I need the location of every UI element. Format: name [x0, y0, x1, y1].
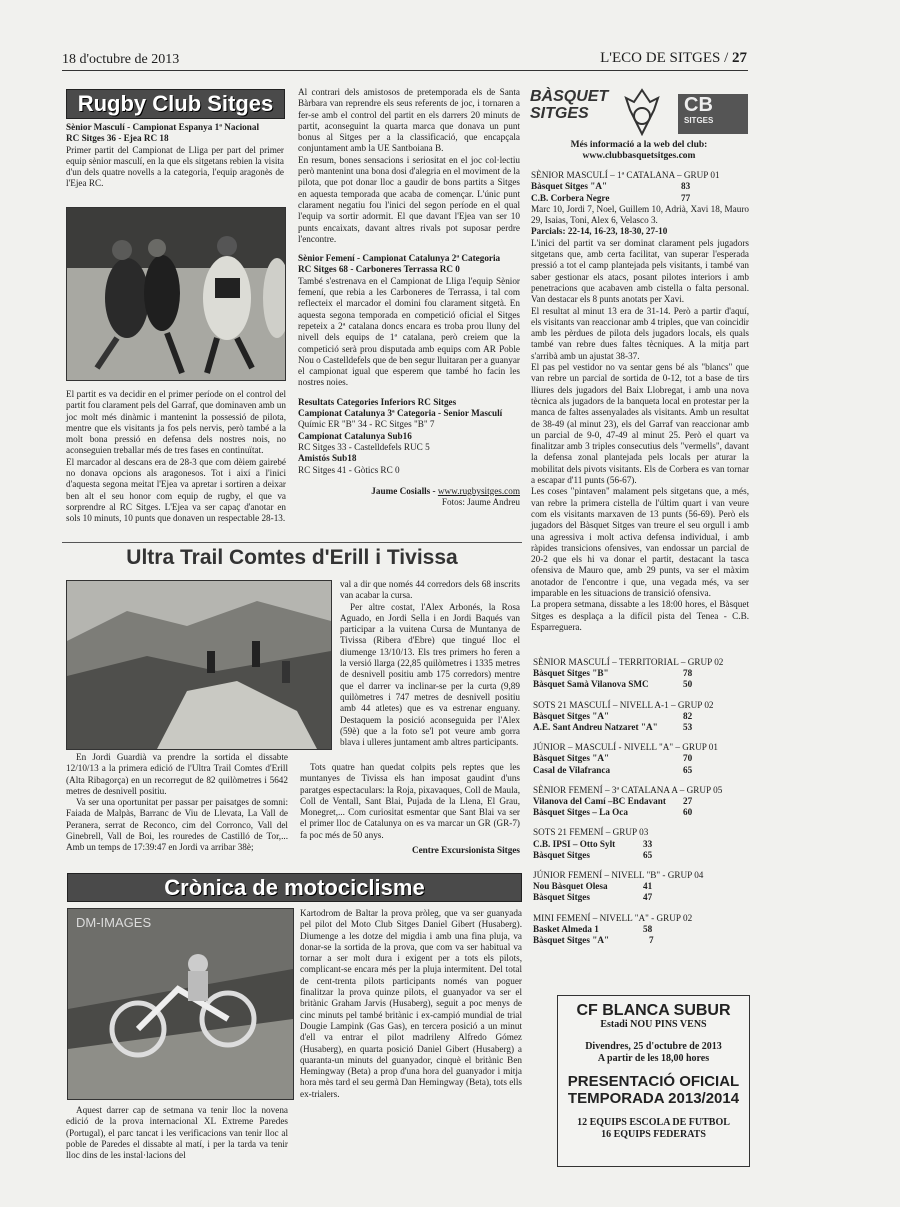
- trail-title: Ultra Trail Comtes d'Erill i Tivissa: [62, 546, 522, 570]
- ad-time: A partir de les 18,00 hores: [558, 1053, 749, 1065]
- team: Bàsquet Sitges "A": [533, 753, 683, 764]
- match1-intro: Primer partit del Campionat de Lliga per…: [66, 145, 284, 190]
- logo-text-1: BÀSQUET: [530, 88, 608, 105]
- result-head: SOTS 21 FEMENÍ – GRUP 03: [533, 827, 748, 838]
- result-block: MINI FEMENÍ – NIVELL "A" - GRUP 02 Baske…: [533, 913, 748, 947]
- basket-main-report: SÈNIOR MASCULÍ – 1ª CATALANA – GRUP 01 B…: [531, 170, 749, 633]
- basket-results: SÈNIOR MASCULÍ – TERRITORIAL – GRUP 02 B…: [533, 657, 748, 946]
- moto-col2: Kartodrom de Baltar la prova pròleg, que…: [300, 908, 522, 1100]
- inferiors-head: Resultats Categories Inferiors RC Sitges: [298, 397, 520, 408]
- moto-col1: Aquest darrer cap de setmana va tenir ll…: [66, 1105, 288, 1161]
- trail-p1: En Jordi Guardià va prendre la sortida e…: [66, 752, 288, 797]
- inf2-head: Campionat Catalunya Sub16: [298, 431, 520, 442]
- ad-teams-2: 16 EQUIPS FEDERATS: [558, 1129, 749, 1141]
- team: Vilanova del Camí –BC Endavant: [533, 796, 683, 807]
- team: C.B. IPSI – Otto Sylt: [533, 839, 643, 850]
- match1-p5: En resum, bones sensacions i seriositat …: [298, 155, 520, 245]
- points: 33: [643, 839, 673, 850]
- match1-p2: El partit es va decidir en el primer per…: [66, 389, 286, 457]
- logo-text-2: SITGES: [530, 105, 608, 122]
- rugby-banner: Rugby Club Sitges: [66, 89, 285, 119]
- rugby-intro: Sènior Masculí - Campionat Espanya 1ª Na…: [66, 122, 284, 190]
- main-p1: L'inici del partit va ser dominat claram…: [531, 238, 749, 306]
- rugby-author: Jaume Cosialls -: [371, 486, 435, 496]
- team: Bàsquet Sitges: [533, 892, 643, 903]
- main-p3: El pas pel vestidor no va sentar gens bé…: [531, 362, 749, 486]
- club-crest-icon: [622, 88, 662, 136]
- result-block: SÈNIOR MASCULÍ – TERRITORIAL – GRUP 02 B…: [533, 657, 748, 691]
- points: 41: [643, 881, 673, 892]
- result-block: SOTS 21 MASCULÍ – NIVELL A-1 – GRUP 02 B…: [533, 700, 748, 734]
- trail-p5: Tots quatre han quedat colpits pels rept…: [300, 762, 520, 841]
- team: Bàsquet Sitges: [533, 850, 643, 861]
- logo-cb-text: CB: [678, 94, 748, 116]
- paper-title: L'ECO DE SITGES /: [600, 50, 728, 66]
- inf2-score: RC Sitges 33 - Castelldefels RUC 5: [298, 442, 520, 453]
- moto-p2: Kartodrom de Baltar la prova pròleg, que…: [300, 908, 522, 1100]
- trail-col1: En Jordi Guardià va prendre la sortida e…: [66, 752, 288, 854]
- ad-club: CF BLANCA SUBUR: [558, 1002, 749, 1019]
- match1-head: Sènior Masculí - Campionat Espanya 1ª Na…: [66, 122, 284, 133]
- trail-p4: Per altre costat, l'Alex Arbonés, la Ros…: [340, 602, 520, 749]
- result-head: MINI FEMENÍ – NIVELL "A" - GRUP 02: [533, 913, 748, 924]
- parcials: Parcials: 22-14, 16-23, 18-30, 27-10: [531, 226, 749, 237]
- trail-col2-bottom: Tots quatre han quedat colpits pels rept…: [300, 762, 520, 856]
- team: Bàsquet Sitges "A": [533, 711, 683, 722]
- score-row: C.B. Corbera Negre77: [531, 193, 749, 204]
- ad-event-2: TEMPORADA 2013/2014: [558, 1090, 749, 1107]
- ad-venue: Estadi NOU PINS VENS: [558, 1019, 749, 1031]
- points: 58: [643, 924, 673, 935]
- points: 65: [683, 765, 713, 776]
- match1-score: RC Sitges 36 - Ejea RC 18: [66, 133, 284, 144]
- ad-date: Divendres, 25 d'octubre de 2013: [558, 1041, 749, 1053]
- moto-banner: Crònica de motociclisme: [67, 873, 522, 902]
- match2-p1: També s'estrenava en el Campionat de Lli…: [298, 276, 520, 389]
- points: 27: [683, 796, 713, 807]
- inf1-score: Químic ER "B" 34 - RC Sitges "B" 7: [298, 419, 520, 430]
- team: C.B. Corbera Negre: [531, 193, 681, 204]
- points: 83: [681, 181, 711, 192]
- main-p5: La propera setmana, dissabte a les 18:00…: [531, 599, 749, 633]
- team: Bàsquet Sitges "A": [533, 935, 643, 946]
- inf1-head: Campionat Catalunya 3ª Categoria - Senio…: [298, 408, 520, 419]
- result-head: JÚNIOR FEMENÍ – NIVELL "B" - GRUP 04: [533, 870, 748, 881]
- header-rule: [62, 70, 748, 71]
- main-p2: El resultat al minut 13 era de 31-14. Pe…: [531, 306, 749, 362]
- issue-date: 18 d'octubre de 2013: [62, 52, 179, 68]
- score-row: Bàsquet Sitges "A"83: [531, 181, 749, 192]
- trail-p2: Va ser una oportunitat per passar per pa…: [66, 797, 288, 853]
- ad-event-1: PRESENTACIÓ OFICIAL: [558, 1073, 749, 1090]
- points: 60: [683, 807, 713, 818]
- match1-p3: El marcador al descans era de 28-3 que c…: [66, 457, 286, 525]
- points: 70: [683, 753, 713, 764]
- basket-logos: BÀSQUET SITGES CB SITGES: [530, 88, 748, 138]
- team: A.E. Sant Andreu Natzaret "A": [533, 722, 683, 733]
- points: 65: [643, 850, 673, 861]
- result-block: JÚNIOR FEMENÍ – NIVELL "B" - GRUP 04 Nou…: [533, 870, 748, 904]
- players: Marc 10, Jordi 7, Noel, Guillem 10, Adri…: [531, 204, 749, 227]
- ad-teams-1: 12 EQUIPS ESCOLA DE FUTBOL: [558, 1117, 749, 1129]
- trail-signature: Centre Excursionista Sitges: [300, 845, 520, 856]
- moto-photo: DM-IMAGES: [67, 908, 294, 1100]
- section-divider: [62, 542, 522, 543]
- rugby-col1-body: El partit es va decidir en el primer per…: [66, 389, 286, 525]
- result-head: SOTS 21 MASCULÍ – NIVELL A-1 – GRUP 02: [533, 700, 748, 711]
- result-block: JÚNIOR – MASCULÍ - NIVELL "A" – GRUP 01 …: [533, 742, 748, 776]
- main-head: SÈNIOR MASCULÍ – 1ª CATALANA – GRUP 01: [531, 170, 749, 181]
- inf3-head: Amistós Sub18: [298, 453, 520, 464]
- points: 47: [643, 892, 673, 903]
- moto-p1: Aquest darrer cap de setmana va tenir ll…: [66, 1105, 288, 1161]
- result-block: SÈNIOR FEMENÍ – 3ª CATALANA A – GRUP 05 …: [533, 785, 748, 819]
- trail-photo: [66, 580, 332, 750]
- points: 77: [681, 193, 711, 204]
- team: Casal de Vilafranca: [533, 765, 683, 776]
- photo-watermark: DM-IMAGES: [76, 915, 151, 930]
- basket-web-info: Més informació a la web del club: www.cl…: [530, 140, 748, 163]
- web-line-1: Més informació a la web del club:: [530, 140, 748, 151]
- match1-p4: Al contrari dels amistosos de pretempora…: [298, 87, 520, 155]
- cb-sitges-logo: CB SITGES: [678, 94, 748, 134]
- cf-blanca-subur-ad: CF BLANCA SUBUR Estadi NOU PINS VENS Div…: [557, 995, 750, 1167]
- points: 53: [683, 722, 713, 733]
- main-p4: Les coses "pintaven" malament pels sitge…: [531, 486, 749, 599]
- result-block: SOTS 21 FEMENÍ – GRUP 03 C.B. IPSI – Ott…: [533, 827, 748, 861]
- result-head: JÚNIOR – MASCULÍ - NIVELL "A" – GRUP 01: [533, 742, 748, 753]
- team: Nou Bàsquet Olesa: [533, 881, 643, 892]
- rugby-photo: [66, 207, 286, 381]
- team: Bàsquet Sitges "A": [531, 181, 681, 192]
- rugby-photo-credit: Fotos: Jaume Andreu: [298, 497, 520, 508]
- rugby-col2-body: Al contrari dels amistosos de pretempora…: [298, 87, 520, 508]
- trail-col2-top: val a dir que només 44 corredors dels 68…: [340, 579, 520, 748]
- result-head: SÈNIOR MASCULÍ – TERRITORIAL – GRUP 02: [533, 657, 748, 668]
- points: 82: [683, 711, 713, 722]
- rugby-website-link[interactable]: www.rugbysitges.com: [438, 486, 520, 496]
- team: Basket Almeda 1: [533, 924, 643, 935]
- team: Bàsquet Sitges "B": [533, 668, 683, 679]
- basquet-sitges-logo: BÀSQUET SITGES: [530, 88, 608, 134]
- team: Bàsquet Samà Vilanova SMC: [533, 679, 683, 690]
- points: 78: [683, 668, 713, 679]
- result-head: SÈNIOR FEMENÍ – 3ª CATALANA A – GRUP 05: [533, 785, 748, 796]
- match2-head: Sènior Femení - Campionat Catalunya 2ª C…: [298, 253, 520, 264]
- inf3-score: RC Sitges 41 - Gòtics RC 0: [298, 465, 520, 476]
- web-link[interactable]: www.clubbasquetsitges.com: [530, 151, 748, 162]
- paper-name: L'ECO DE SITGES / 27: [600, 50, 747, 67]
- points: 7: [643, 935, 679, 946]
- page-number: 27: [732, 50, 747, 66]
- match2-score: RC Sitges 68 - Carboneres Terrassa RC 0: [298, 264, 520, 275]
- points: 50: [683, 679, 713, 690]
- logo-cb-sub: SITGES: [678, 116, 748, 125]
- trail-p3: val a dir que només 44 corredors dels 68…: [340, 579, 520, 602]
- team: Bàsquet Sitges – La Oca: [533, 807, 683, 818]
